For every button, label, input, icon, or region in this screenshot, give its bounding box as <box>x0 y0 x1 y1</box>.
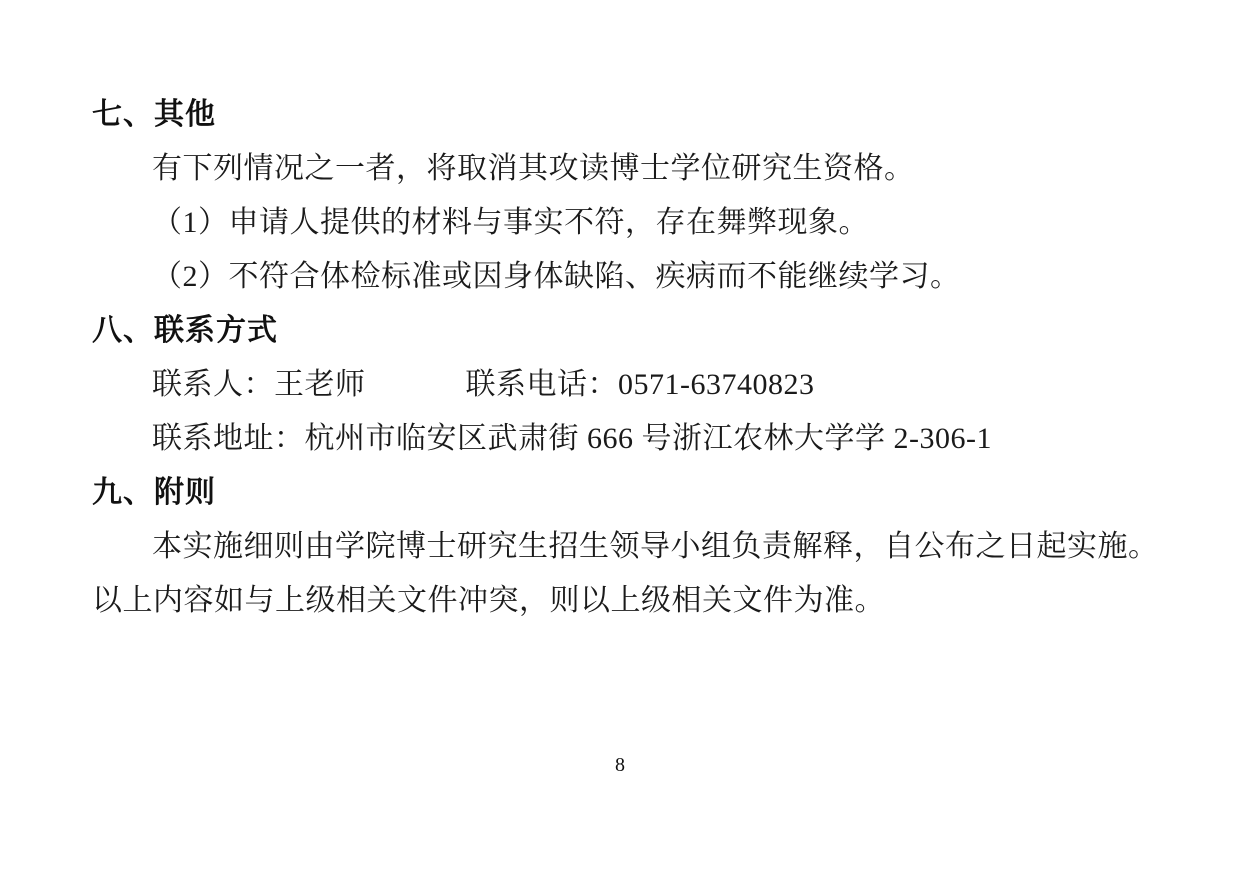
document-body: 七、其他 有下列情况之一者，将取消其攻读博士学位研究生资格。 （1）申请人提供的… <box>0 0 1240 628</box>
section-heading-contact: 八、联系方式 <box>92 304 1150 358</box>
section-heading-other: 七、其他 <box>92 88 1150 142</box>
contact-address: 联系地址：杭州市临安区武肃街 666 号浙江农林大学学 2-306-1 <box>92 412 1150 466</box>
paragraph-condition-1: （1）申请人提供的材料与事实不符，存在舞弊现象。 <box>92 196 1150 250</box>
paragraph-condition-2: （2）不符合体检标准或因身体缺陷、疾病而不能继续学习。 <box>92 250 1150 304</box>
contact-person: 联系人：王老师 <box>152 368 366 401</box>
paragraph-disqualification-intro: 有下列情况之一者，将取消其攻读博士学位研究生资格。 <box>92 142 1150 196</box>
section-heading-supplementary: 九、附则 <box>92 466 1150 520</box>
paragraph-supplementary-line1: 本实施细则由学院博士研究生招生领导小组负责解释，自公布之日起实施。 <box>92 520 1150 574</box>
contact-phone: 联系电话：0571-63740823 <box>466 368 815 401</box>
paragraph-supplementary-line2: 以上内容如与上级相关文件冲突，则以上级相关文件为准。 <box>92 574 1150 628</box>
page-number: 8 <box>0 752 1240 778</box>
document-page: 七、其他 有下列情况之一者，将取消其攻读博士学位研究生资格。 （1）申请人提供的… <box>0 0 1240 873</box>
contact-line: 联系人：王老师联系电话：0571-63740823 <box>92 358 1150 412</box>
